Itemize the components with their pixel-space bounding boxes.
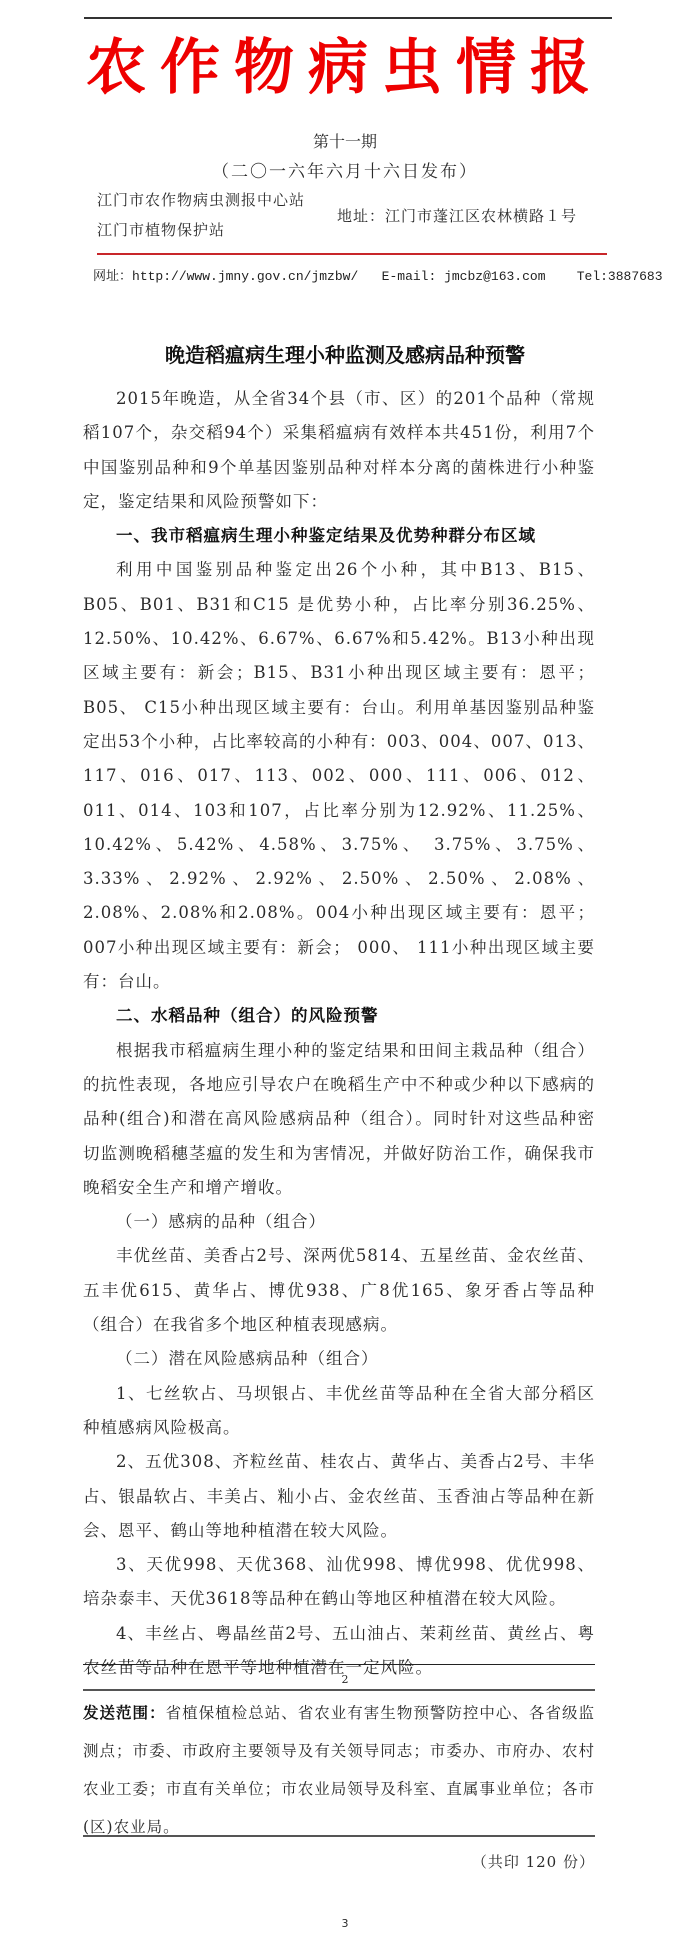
email-link[interactable]: E-mail: jmcbz@163.com [382,269,546,284]
masthead-title: 农作物病虫情报 [0,28,690,108]
intro-paragraph: 2015年晚造，从全省34个县（市、区）的201个品种（常规稻107个，杂交稻9… [83,382,595,519]
contact-line: 网址：http://www.jmny.gov.cn/jmzbw/ E-mail:… [93,268,663,286]
page-number-3: 3 [0,1916,690,1932]
section1-paragraph: 利用中国鉴别品种鉴定出26个小种，其中B13、B15、 B05、B01、B31和… [83,553,595,999]
send-scope: 发送范围：省植保植检总站、省农业有害生物预警防控中心、各省级监测点；市委、市政府… [83,1694,595,1846]
sub1-heading: （一）感病的品种（组合） [83,1205,595,1239]
issue-number: 第十一期 [0,130,690,154]
risk-item-1: 1、七丝软占、马坝银占、丰优丝苗等品种在全省大部分稻区种植感病风险极高。 [83,1377,595,1446]
send-label: 发送范围： [83,1703,166,1722]
footer-rule [83,1689,595,1691]
footer-rule [83,1835,595,1837]
org-name-1: 江门市农作物病虫测报中心站 [97,190,305,210]
org-name-2: 江门市植物保护站 [97,220,225,240]
print-copies: （共印 120 份） [472,1850,595,1874]
top-rule [84,17,612,19]
footer-rule [83,1664,595,1665]
website-label: 网址： [93,269,132,284]
article-title: 晚造稻瘟病生理小种监测及感病品种预警 [0,341,690,369]
sub1-paragraph: 丰优丝苗、美香占2号、深两优5814、五星丝苗、金农丝苗、五丰优615、黄华占、… [83,1239,595,1342]
article-body: 2015年晚造，从全省34个县（市、区）的201个品种（常规稻107个，杂交稻9… [83,382,595,1685]
website-link[interactable]: http://www.jmny.gov.cn/jmzbw/ [132,269,358,284]
tel: Tel:3887683 [577,269,663,284]
risk-item-3: 3、天优998、天优368、汕优998、博优998、优优998、培杂泰丰、天优3… [83,1548,595,1617]
red-divider [97,253,607,255]
section2-paragraph: 根据我市稻瘟病生理小种的鉴定结果和田间主栽品种（组合）的抗性表现，各地应引导农户… [83,1034,595,1205]
section2-heading: 二、水稻品种（组合）的风险预警 [83,999,595,1033]
section1-heading: 一、我市稻瘟病生理小种鉴定结果及优势种群分布区域 [83,519,595,553]
sub2-heading: （二）潜在风险感病品种（组合） [83,1342,595,1376]
address: 地址：江门市蓬江区农林横路１号 [337,206,577,226]
risk-item-2: 2、五优308、齐粒丝苗、桂农占、黄华占、美香占2号、丰华占、银晶软占、丰美占、… [83,1445,595,1548]
publish-date: （二〇一六年六月十六日发布） [0,160,690,184]
page-number-2: 2 [0,1672,690,1688]
send-scope-text: 省植保植检总站、省农业有害生物预警防控中心、各省级监测点；市委、市政府主要领导及… [83,1704,595,1836]
